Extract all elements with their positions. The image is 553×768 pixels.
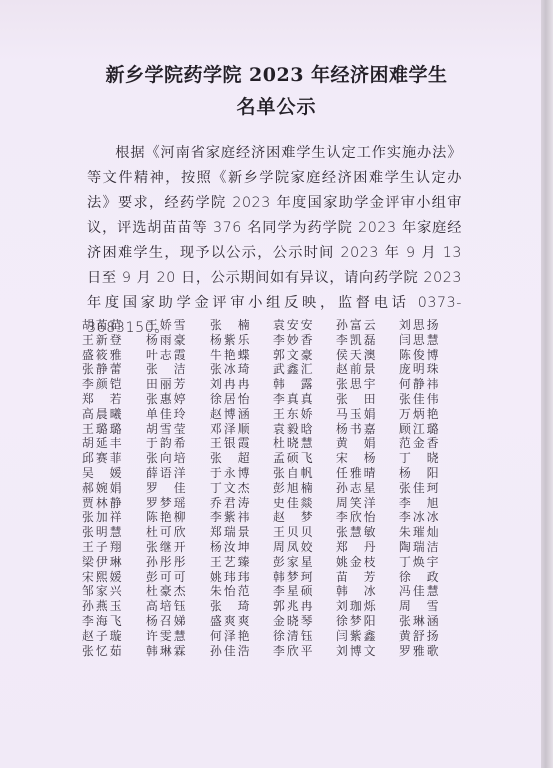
student-name: 徐居怡 (210, 392, 250, 407)
student-name: 郑 丹 (336, 540, 376, 555)
student-name: 胡延丰 (82, 436, 122, 451)
student-name: 史佳燚 (273, 496, 313, 511)
student-name: 徐 政 (399, 570, 439, 585)
student-name-list: 胡苗苗王娇雪张 楠袁安安孙富云刘思扬王新登杨雨豪杨紫乐李妙香李凯磊闫思慧盛筱雅叶… (82, 318, 462, 658)
student-name: 姚玮玮 (210, 570, 250, 585)
student-name: 于韵希 (146, 436, 186, 451)
student-name: 李冰冰 (399, 510, 439, 525)
student-name: 罗梦瑶 (146, 496, 186, 511)
student-name: 叶志霞 (146, 348, 186, 363)
student-name: 杨雨豪 (146, 333, 186, 348)
student-name: 朱怡范 (210, 584, 250, 599)
announcement-body: 根据《河南省家庭经济困难学生认定工作实施办法》等文件精神，按照《新乡学院家庭经济… (87, 141, 462, 341)
student-name: 陈艳柳 (146, 510, 186, 525)
student-name: 单佳玲 (146, 407, 186, 422)
student-name: 宋熙媛 (82, 570, 122, 585)
student-name: 胡雪莹 (146, 422, 186, 437)
student-name: 王贝贝 (273, 525, 313, 540)
student-name: 任雅晴 (336, 466, 376, 481)
student-name: 张静蕾 (82, 362, 122, 377)
student-name: 赵 梦 (273, 510, 313, 525)
student-name: 彭家星 (273, 555, 313, 570)
student-name: 闫紫鑫 (336, 629, 376, 644)
student-name: 马玉娟 (336, 407, 376, 422)
student-name: 韩 冰 (336, 584, 376, 599)
student-name: 彭旭楠 (273, 481, 313, 496)
student-name: 袁安安 (273, 318, 313, 333)
student-name: 张佳珂 (399, 481, 439, 496)
student-name: 何泽艳 (210, 629, 250, 644)
student-name: 韩琳霖 (146, 644, 186, 659)
student-name: 彭可可 (146, 570, 186, 585)
student-name: 张琳涵 (399, 614, 439, 629)
student-name: 徐梦阳 (336, 614, 376, 629)
student-name: 杨 阳 (399, 466, 439, 481)
student-name: 张 超 (210, 451, 250, 466)
student-name: 范金香 (399, 436, 439, 451)
student-name: 苗 芳 (336, 570, 376, 585)
student-name: 侯天澳 (336, 348, 376, 363)
student-name: 高晨曦 (82, 407, 122, 422)
student-name: 李妙香 (273, 333, 313, 348)
student-name: 徐清钰 (273, 629, 313, 644)
student-name: 刘思扬 (399, 318, 439, 333)
student-name: 梁伊琳 (82, 555, 122, 570)
student-name: 黄 娟 (336, 436, 376, 451)
student-name: 李欣平 (273, 644, 313, 659)
student-name: 韩 露 (273, 377, 313, 392)
student-name: 郭文豪 (273, 348, 313, 363)
student-name: 李颜铠 (82, 377, 122, 392)
student-name: 张思宇 (336, 377, 376, 392)
student-name: 朱璀灿 (399, 525, 439, 540)
student-name: 宋 杨 (336, 451, 376, 466)
student-name: 杨召娣 (146, 614, 186, 629)
student-name: 王子翔 (82, 540, 122, 555)
student-name: 贾林静 (82, 496, 122, 511)
student-name: 胡苗苗 (82, 318, 122, 333)
student-name: 郝婉娟 (82, 481, 122, 496)
student-name: 陈俊博 (399, 348, 439, 363)
student-name: 邱赛菲 (82, 451, 122, 466)
student-name: 薛语洋 (146, 466, 186, 481)
student-name: 高培钰 (146, 599, 186, 614)
student-name: 郑 若 (82, 392, 122, 407)
student-name: 邓泽顺 (210, 422, 250, 437)
student-name: 孙燕玉 (82, 599, 122, 614)
student-name: 何静祎 (399, 377, 439, 392)
student-name: 张慧敏 (336, 525, 376, 540)
student-name: 姚金枝 (336, 555, 376, 570)
student-name: 张继开 (146, 540, 186, 555)
student-name: 张加祥 (82, 510, 122, 525)
document-subtitle: 名单公示 (0, 92, 553, 119)
student-name: 罗雅歌 (399, 644, 439, 659)
student-name: 张冰琦 (210, 362, 250, 377)
student-name: 万炳艳 (399, 407, 439, 422)
student-name: 王银霞 (210, 436, 250, 451)
student-name: 杨书嘉 (336, 422, 376, 437)
student-name: 张 洁 (146, 362, 186, 377)
student-name: 罗 佳 (146, 481, 186, 496)
student-name: 吴 媛 (82, 466, 122, 481)
student-name: 刘博文 (336, 644, 376, 659)
student-name: 王东娇 (273, 407, 313, 422)
student-name: 乔君涛 (210, 496, 250, 511)
student-name: 张自帆 (273, 466, 313, 481)
document-title: 新乡学院药学院 2023 年经济困难学生 (0, 60, 553, 87)
student-name: 李海飞 (82, 614, 122, 629)
student-name: 张惠婷 (146, 392, 186, 407)
student-name: 顾江璐 (399, 422, 439, 437)
student-name: 赵前景 (336, 362, 376, 377)
student-name: 张佳伟 (399, 392, 439, 407)
student-name: 邹家兴 (82, 584, 122, 599)
student-name: 李真真 (273, 392, 313, 407)
student-name: 张明慧 (82, 525, 122, 540)
student-name: 陶瑞洁 (399, 540, 439, 555)
student-name: 王璐璐 (82, 422, 122, 437)
student-name: 张 田 (336, 392, 376, 407)
student-name: 韩梦珂 (273, 570, 313, 585)
student-name: 刘珈烁 (336, 599, 376, 614)
student-name: 牛艳蝶 (210, 348, 250, 363)
student-name: 孙富云 (336, 318, 376, 333)
student-name: 许雯慧 (146, 629, 186, 644)
student-name: 郑瑞景 (210, 525, 250, 540)
student-name: 孙彤彤 (146, 555, 186, 570)
student-name: 王艺臻 (210, 555, 250, 570)
student-name: 张忆茹 (82, 644, 122, 659)
student-name: 于永博 (210, 466, 250, 481)
student-name: 孙志星 (336, 481, 376, 496)
student-name: 闫思慧 (399, 333, 439, 348)
student-name: 郭兆冉 (273, 599, 313, 614)
student-name: 孟硕飞 (273, 451, 313, 466)
student-name: 刘冉冉 (210, 377, 250, 392)
student-name: 王新登 (82, 333, 122, 348)
student-name: 王娇雪 (146, 318, 186, 333)
student-name: 李紫祎 (210, 510, 250, 525)
student-name: 张 琦 (210, 599, 250, 614)
student-name: 李星硕 (273, 584, 313, 599)
student-name: 田丽芳 (146, 377, 186, 392)
student-name: 庞明珠 (399, 362, 439, 377)
student-name: 李欣怡 (336, 510, 376, 525)
student-name: 赵子璇 (82, 629, 122, 644)
student-name: 李凯磊 (336, 333, 376, 348)
student-name: 周凤姣 (273, 540, 313, 555)
student-name: 袁毅晗 (273, 422, 313, 437)
student-name: 丁焕宇 (399, 555, 439, 570)
student-name: 张向培 (146, 451, 186, 466)
student-name: 赵博涵 (210, 407, 250, 422)
student-name: 周 雪 (399, 599, 439, 614)
student-name: 金晓琴 (273, 614, 313, 629)
student-name: 杜豪杰 (146, 584, 186, 599)
student-name: 杨汝坤 (210, 540, 250, 555)
student-name: 黄舒扬 (399, 629, 439, 644)
student-name: 张 楠 (210, 318, 250, 333)
student-name: 杨紫乐 (210, 333, 250, 348)
student-name: 丁 晓 (399, 451, 439, 466)
student-name: 丁文杰 (210, 481, 250, 496)
announcement-text: 根据《河南省家庭经济困难学生认定工作实施办法》等文件精神，按照《新乡学院家庭经济… (87, 145, 462, 336)
student-name: 杜晓慧 (273, 436, 313, 451)
student-name: 周笑洋 (336, 496, 376, 511)
student-name: 冯佳慧 (399, 584, 439, 599)
student-name: 孙佳浩 (210, 644, 250, 659)
student-name: 盛筱雅 (82, 348, 122, 363)
student-name: 武鑫汇 (273, 362, 313, 377)
student-name: 盛爽爽 (210, 614, 250, 629)
student-name: 杜可欣 (146, 525, 186, 540)
student-name: 李 旭 (399, 496, 439, 511)
